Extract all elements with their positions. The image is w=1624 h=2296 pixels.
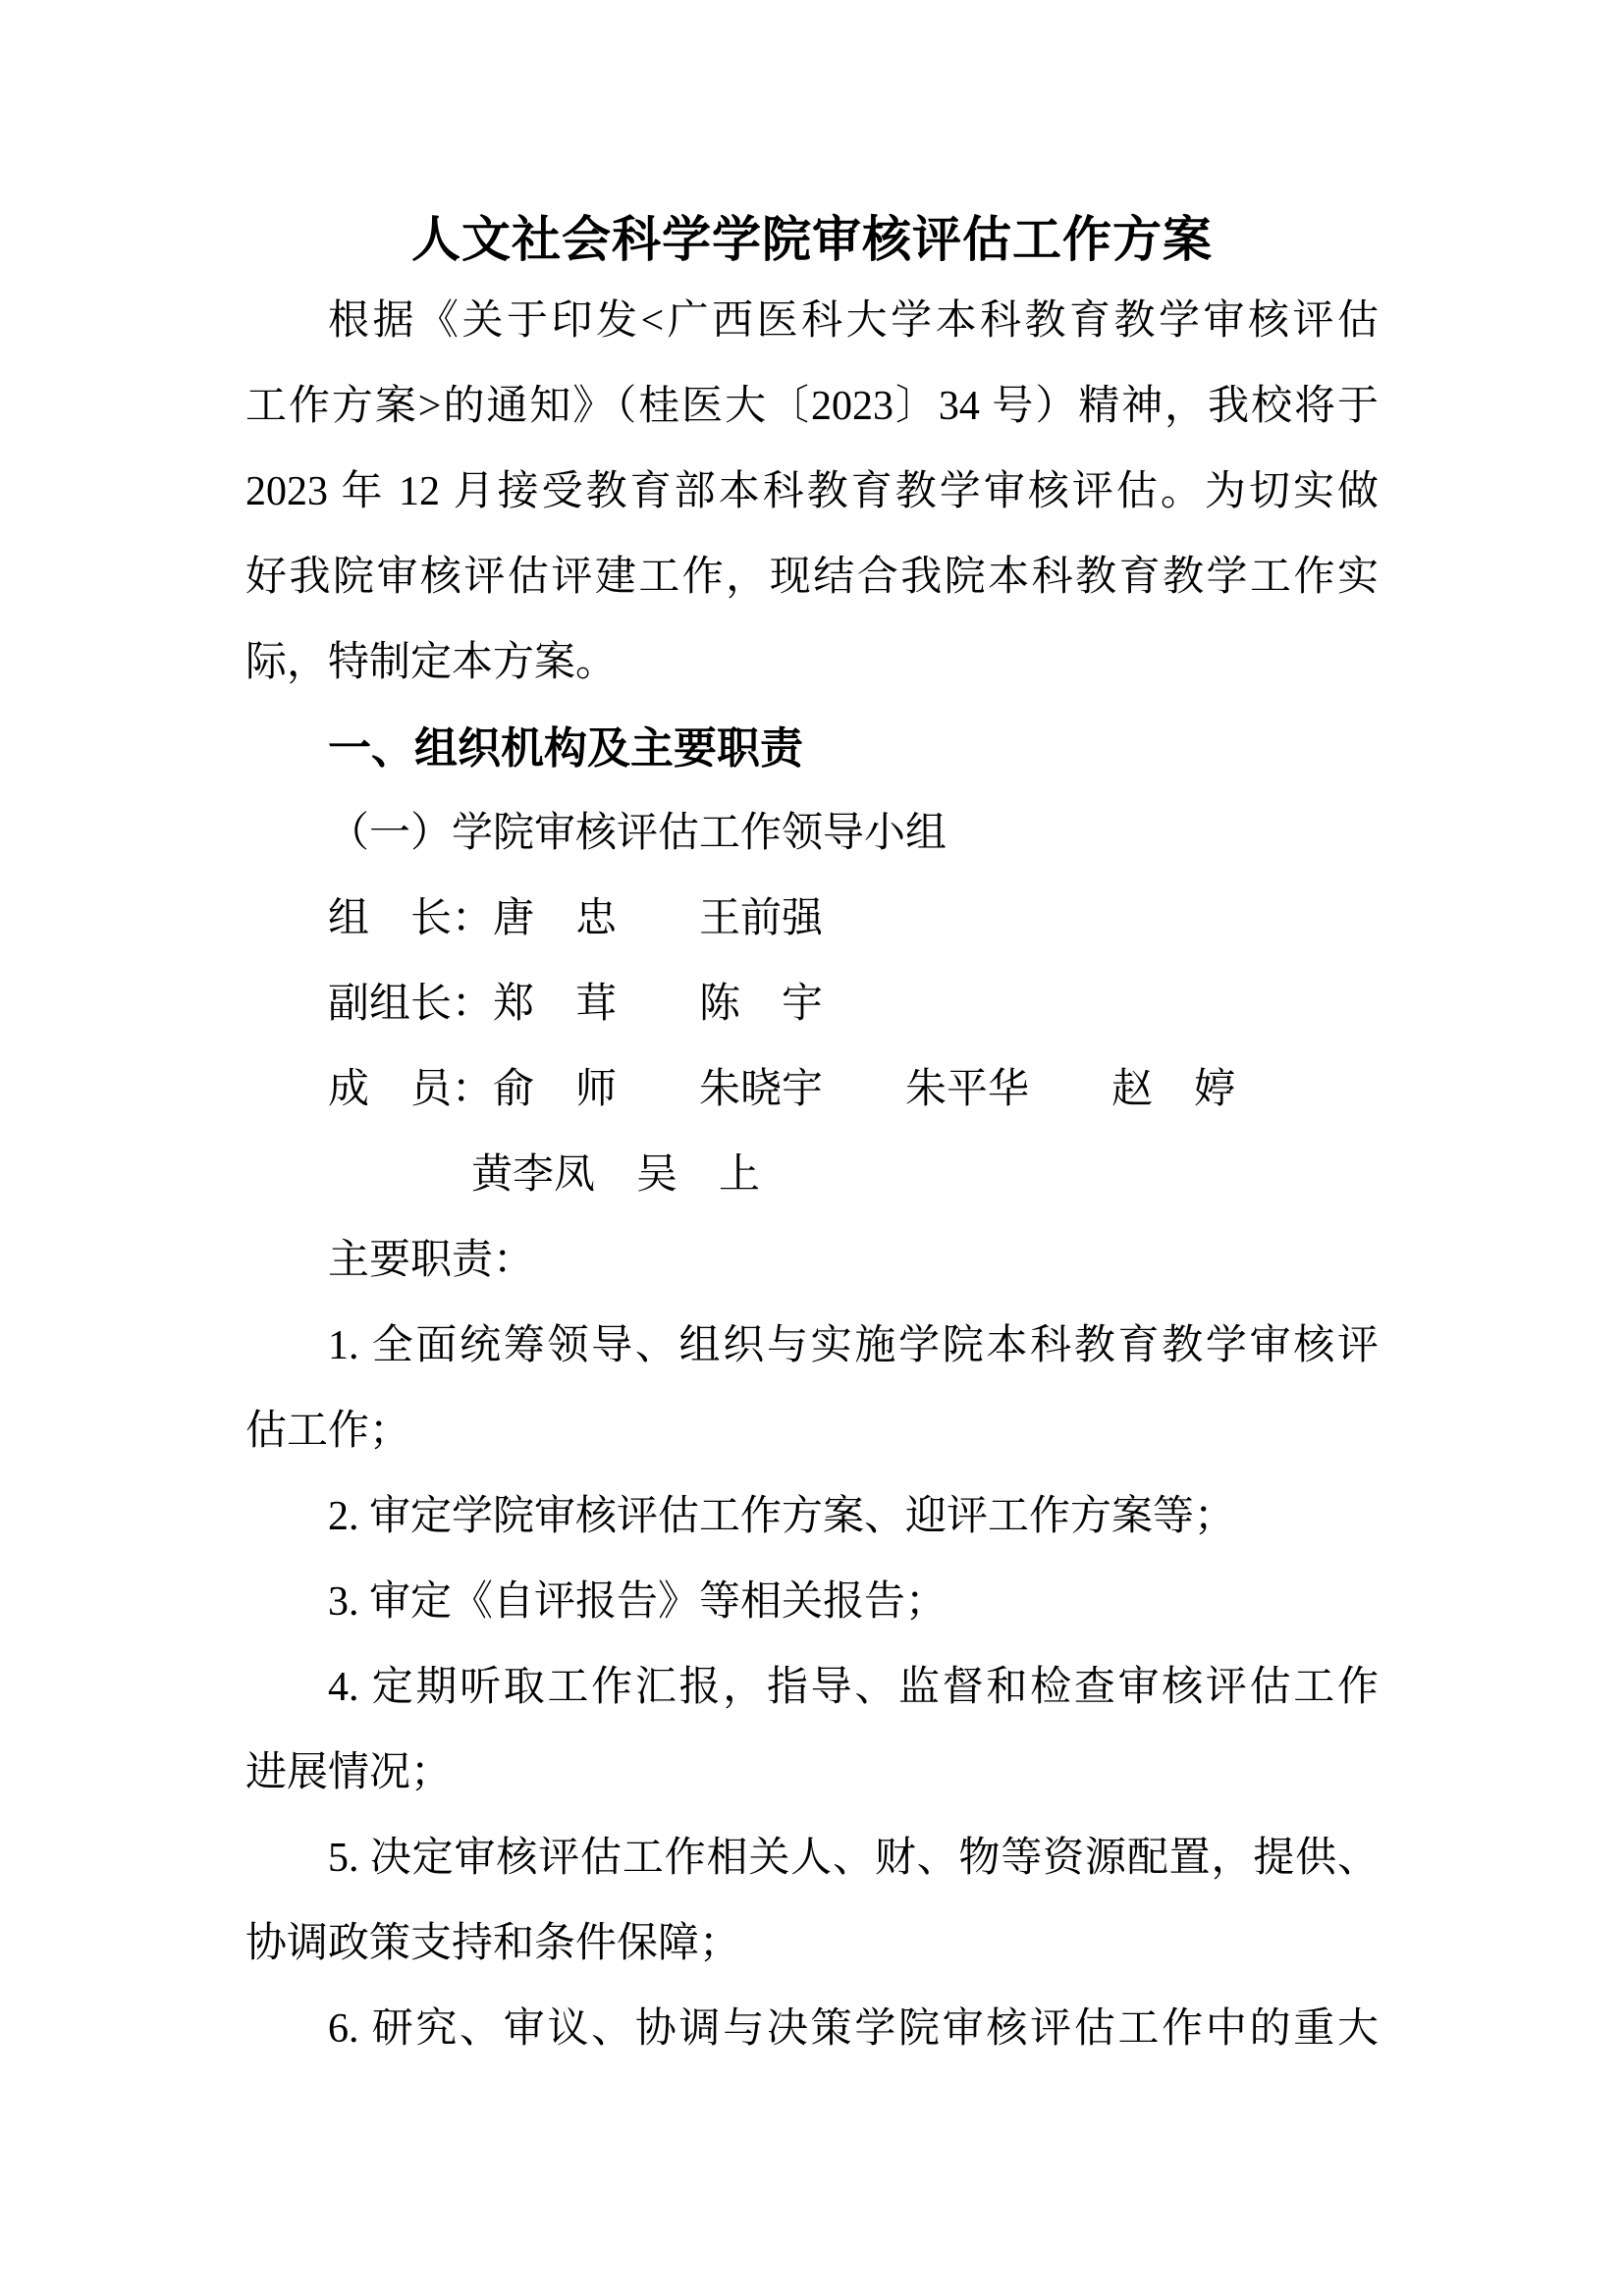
text-line: 协调政策支持和条件保障； — [245, 1901, 1379, 1987]
document-body: 根据《关于印发<广西医科大学本科教育教学审核评估工作方案>的通知》（桂医大〔20… — [245, 279, 1379, 2072]
text-line: 一、组织机构及主要职责 — [245, 706, 1379, 791]
text-line: 组 长：唐 忠 王前强 — [245, 877, 1379, 962]
text-line: 根据《关于印发<广西医科大学本科教育教学审核评估 — [245, 279, 1379, 364]
text-line: 6. 研究、审议、协调与决策学院审核评估工作中的重大 — [245, 1987, 1379, 2072]
text-line: 好我院审核评估评建工作，现结合我院本科教育教学工作实 — [245, 535, 1379, 620]
text-line: 1. 全面统筹领导、组织与实施学院本科教育教学审核评 — [245, 1304, 1379, 1389]
text-line: 2. 审定学院审核评估工作方案、迎评工作方案等； — [245, 1474, 1379, 1560]
text-line: 进展情况； — [245, 1731, 1379, 1816]
document-page: 人文社会科学学院审核评估工作方案 根据《关于印发<广西医科大学本科教育教学审核评… — [0, 0, 1624, 2296]
text-line: 4. 定期听取工作汇报，指导、监督和检查审核评估工作 — [245, 1645, 1379, 1731]
text-line: 3. 审定《自评报告》等相关报告； — [245, 1560, 1379, 1645]
text-line: 5. 决定审核评估工作相关人、财、物等资源配置，提供、 — [245, 1816, 1379, 1901]
text-line: 际，特制定本方案。 — [245, 620, 1379, 706]
text-line: 2023 年 12 月接受教育部本科教育教学审核评估。为切实做 — [245, 450, 1379, 535]
text-line: （一）学院审核评估工作领导小组 — [245, 791, 1379, 877]
document-title: 人文社会科学学院审核评估工作方案 — [245, 192, 1379, 287]
text-line: 工作方案>的通知》（桂医大〔2023〕34 号）精神，我校将于 — [245, 364, 1379, 450]
text-line: 成 员：俞 师 朱晓宇 朱平华 赵 婷 — [245, 1047, 1379, 1133]
text-line: 黄李凤 吴 上 — [245, 1133, 1379, 1218]
text-line: 副组长：郑 茸 陈 宇 — [245, 962, 1379, 1047]
text-line: 估工作； — [245, 1389, 1379, 1474]
text-line: 主要职责： — [245, 1218, 1379, 1304]
